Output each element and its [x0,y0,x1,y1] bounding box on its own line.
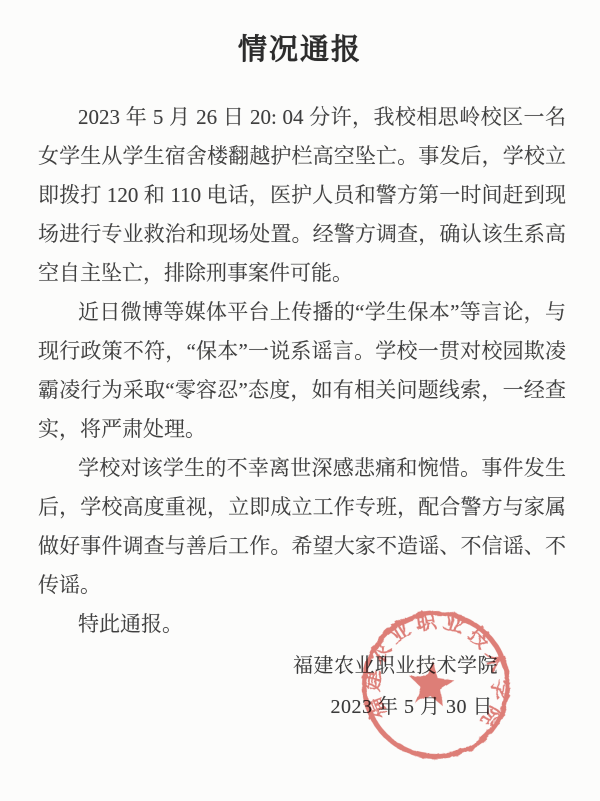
notice-document-page: 情况通报 2023 年 5 月 26 日 20: 04 分许，我校相思岭校区一名… [0,0,600,801]
body-paragraph: 近日微博等媒体平台上传播的“学生保本”等言论，与现行政策不符，“保本”一说系谣言… [38,293,566,449]
document-body: 2023 年 5 月 26 日 20: 04 分许，我校相思岭校区一名女学生从学… [38,98,566,644]
body-paragraph: 特此通报。 [38,605,566,644]
issuer-signature: 福建农业职业技术学院 [293,654,498,678]
body-paragraph: 学校对该学生的不幸离世深感悲痛和惋惜。事件发生后，学校高度重视，立即成立工作专班… [38,449,566,605]
body-paragraph: 2023 年 5 月 26 日 20: 04 分许，我校相思岭校区一名女学生从学… [38,98,566,293]
document-title: 情况通报 [0,0,600,68]
issue-date: 2023 年 5 月 30 日 [331,695,494,719]
